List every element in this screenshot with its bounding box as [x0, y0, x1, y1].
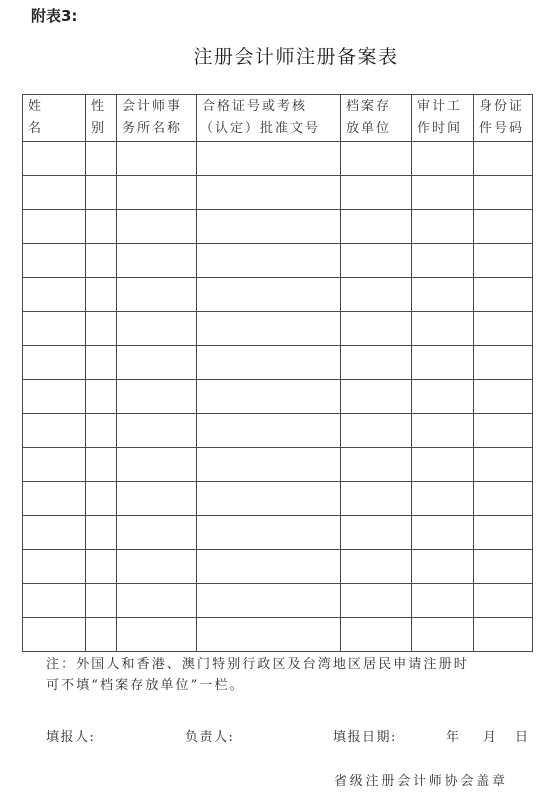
cell-certificate-number[interactable]: [197, 618, 341, 652]
cell-archive-unit[interactable]: [341, 414, 412, 448]
cell-certificate-number[interactable]: [197, 550, 341, 584]
table-row: [23, 278, 533, 312]
cell-name[interactable]: [23, 346, 86, 380]
cell-certificate-number[interactable]: [197, 244, 341, 278]
cell-archive-unit[interactable]: [341, 278, 412, 312]
cell-id-number[interactable]: [474, 516, 533, 550]
cell-gender[interactable]: [86, 550, 117, 584]
table-header-row: 姓 名 性 别 会计师事 务所名称 合格证号或考核 （认定）批准文号 档案存 放…: [23, 95, 533, 142]
cell-gender[interactable]: [86, 448, 117, 482]
cell-audit-work-time[interactable]: [412, 244, 474, 278]
cell-archive-unit[interactable]: [341, 584, 412, 618]
cell-audit-work-time[interactable]: [412, 482, 474, 516]
cell-id-number[interactable]: [474, 550, 533, 584]
table-row: [23, 142, 533, 176]
cell-audit-work-time[interactable]: [412, 618, 474, 652]
cell-audit-work-time[interactable]: [412, 210, 474, 244]
table-row: [23, 550, 533, 584]
table-row: [23, 210, 533, 244]
appendix-label: 附表3:: [31, 5, 77, 26]
cell-archive-unit[interactable]: [341, 448, 412, 482]
cell-gender[interactable]: [86, 346, 117, 380]
cell-certificate-number[interactable]: [197, 142, 341, 176]
cell-id-number[interactable]: [474, 142, 533, 176]
cell-id-number[interactable]: [474, 618, 533, 652]
cell-gender[interactable]: [86, 618, 117, 652]
column-header-audit-work-time: 审计工 作时间: [412, 95, 474, 142]
column-header-id-number: 身份证 件号码: [474, 95, 533, 142]
cell-gender[interactable]: [86, 176, 117, 210]
year-label: 年: [446, 726, 461, 745]
cell-archive-unit[interactable]: [341, 176, 412, 210]
cell-name[interactable]: [23, 278, 86, 312]
cell-gender[interactable]: [86, 312, 117, 346]
column-header-gender: 性 别: [86, 95, 117, 142]
table-row: [23, 176, 533, 210]
cell-firm-name[interactable]: [117, 142, 197, 176]
cell-audit-work-time[interactable]: [412, 584, 474, 618]
filler-label: 填报人:: [46, 726, 95, 745]
cell-certificate-number[interactable]: [197, 176, 341, 210]
cell-gender[interactable]: [86, 482, 117, 516]
cell-firm-name[interactable]: [117, 584, 197, 618]
cell-firm-name[interactable]: [117, 176, 197, 210]
cell-name[interactable]: [23, 516, 86, 550]
cell-certificate-number[interactable]: [197, 482, 341, 516]
table-row: [23, 414, 533, 448]
responsible-person-label: 负责人:: [185, 726, 234, 745]
cell-id-number[interactable]: [474, 346, 533, 380]
cell-gender[interactable]: [86, 244, 117, 278]
cell-name[interactable]: [23, 550, 86, 584]
cell-audit-work-time[interactable]: [412, 176, 474, 210]
table-body: [23, 142, 533, 652]
cell-gender[interactable]: [86, 516, 117, 550]
cell-id-number[interactable]: [474, 176, 533, 210]
column-header-certificate-number: 合格证号或考核 （认定）批准文号: [197, 95, 341, 142]
cell-firm-name[interactable]: [117, 618, 197, 652]
cell-id-number[interactable]: [474, 414, 533, 448]
table-row: [23, 346, 533, 380]
cell-archive-unit[interactable]: [341, 312, 412, 346]
cell-id-number[interactable]: [474, 584, 533, 618]
cell-firm-name[interactable]: [117, 210, 197, 244]
cell-audit-work-time[interactable]: [412, 448, 474, 482]
fill-date-label: 填报日期:: [333, 726, 397, 745]
cell-archive-unit[interactable]: [341, 550, 412, 584]
cell-gender[interactable]: [86, 142, 117, 176]
column-header-archive-unit: 档案存 放单位: [341, 95, 412, 142]
cell-archive-unit[interactable]: [341, 244, 412, 278]
cell-firm-name[interactable]: [117, 414, 197, 448]
table-row: [23, 312, 533, 346]
cell-audit-work-time[interactable]: [412, 516, 474, 550]
cell-id-number[interactable]: [474, 312, 533, 346]
cell-archive-unit[interactable]: [341, 346, 412, 380]
cell-archive-unit[interactable]: [341, 482, 412, 516]
cell-archive-unit[interactable]: [341, 618, 412, 652]
cell-audit-work-time[interactable]: [412, 550, 474, 584]
cell-id-number[interactable]: [474, 244, 533, 278]
cell-firm-name[interactable]: [117, 278, 197, 312]
cell-firm-name[interactable]: [117, 244, 197, 278]
cell-certificate-number[interactable]: [197, 346, 341, 380]
table-row: [23, 244, 533, 278]
cell-audit-work-time[interactable]: [412, 346, 474, 380]
seal-label: 省级注册会计师协会盖章: [334, 770, 508, 789]
day-label: 日: [515, 726, 530, 745]
cell-firm-name[interactable]: [117, 380, 197, 414]
cell-name[interactable]: [23, 380, 86, 414]
note-line-2: 可不填“档案存放单位”一栏。: [46, 675, 546, 696]
cell-name[interactable]: [23, 584, 86, 618]
cell-name[interactable]: [23, 482, 86, 516]
cell-gender[interactable]: [86, 278, 117, 312]
cell-audit-work-time[interactable]: [412, 414, 474, 448]
cell-gender[interactable]: [86, 584, 117, 618]
cell-name[interactable]: [23, 244, 86, 278]
table-row: [23, 618, 533, 652]
cell-audit-work-time[interactable]: [412, 278, 474, 312]
cell-firm-name[interactable]: [117, 550, 197, 584]
cell-certificate-number[interactable]: [197, 312, 341, 346]
cell-gender[interactable]: [86, 380, 117, 414]
note: 注：外国人和香港、澳门特别行政区及台湾地区居民申请注册时 可不填“档案存放单位”…: [46, 654, 546, 696]
cell-id-number[interactable]: [474, 482, 533, 516]
cell-certificate-number[interactable]: [197, 278, 341, 312]
cell-name[interactable]: [23, 618, 86, 652]
table-row: [23, 516, 533, 550]
cell-archive-unit[interactable]: [341, 210, 412, 244]
cell-audit-work-time[interactable]: [412, 312, 474, 346]
month-label: 月: [483, 726, 498, 745]
cell-firm-name[interactable]: [117, 516, 197, 550]
cell-audit-work-time[interactable]: [412, 142, 474, 176]
cell-name[interactable]: [23, 210, 86, 244]
cell-id-number[interactable]: [474, 278, 533, 312]
cell-certificate-number[interactable]: [197, 448, 341, 482]
registration-table: 姓 名 性 别 会计师事 务所名称 合格证号或考核 （认定）批准文号 档案存 放…: [22, 94, 533, 652]
cell-id-number[interactable]: [474, 448, 533, 482]
note-line-1: 注：外国人和香港、澳门特别行政区及台湾地区居民申请注册时: [46, 654, 546, 675]
table-row: [23, 482, 533, 516]
cell-id-number[interactable]: [474, 210, 533, 244]
column-header-firm-name: 会计师事 务所名称: [117, 95, 197, 142]
cell-id-number[interactable]: [474, 380, 533, 414]
document-title: 注册会计师注册备案表: [0, 42, 550, 69]
cell-certificate-number[interactable]: [197, 210, 341, 244]
cell-audit-work-time[interactable]: [412, 380, 474, 414]
cell-certificate-number[interactable]: [197, 380, 341, 414]
table-row: [23, 448, 533, 482]
cell-name[interactable]: [23, 448, 86, 482]
cell-name[interactable]: [23, 142, 86, 176]
cell-archive-unit[interactable]: [341, 516, 412, 550]
cell-firm-name[interactable]: [117, 346, 197, 380]
cell-archive-unit[interactable]: [341, 380, 412, 414]
cell-certificate-number[interactable]: [197, 516, 341, 550]
cell-firm-name[interactable]: [117, 448, 197, 482]
column-header-name: 姓 名: [23, 95, 86, 142]
cell-name[interactable]: [23, 312, 86, 346]
cell-certificate-number[interactable]: [197, 414, 341, 448]
cell-name[interactable]: [23, 414, 86, 448]
table-row: [23, 380, 533, 414]
cell-firm-name[interactable]: [117, 312, 197, 346]
cell-archive-unit[interactable]: [341, 142, 412, 176]
cell-gender[interactable]: [86, 414, 117, 448]
cell-firm-name[interactable]: [117, 482, 197, 516]
table-row: [23, 584, 533, 618]
cell-name[interactable]: [23, 176, 86, 210]
cell-gender[interactable]: [86, 210, 117, 244]
cell-certificate-number[interactable]: [197, 584, 341, 618]
